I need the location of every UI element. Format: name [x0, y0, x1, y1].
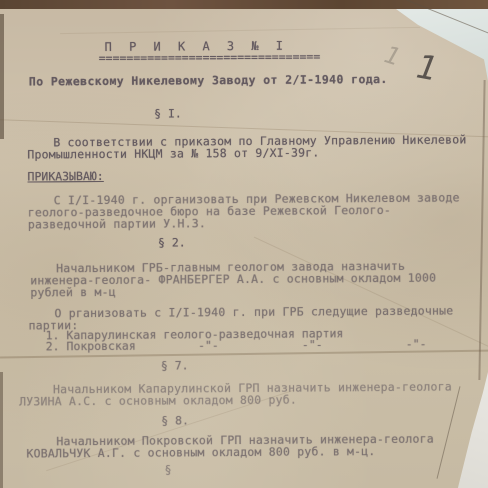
- section-8-body: Начальником Покровской ГРП назначить инж…: [26, 432, 471, 459]
- section-9-heading: §: [165, 464, 172, 476]
- section-2-heading: § 2.: [158, 236, 186, 248]
- title-underline: ================================: [99, 50, 321, 64]
- prikaz-label: ПРИКАЗЫВАЮ:: [27, 170, 103, 183]
- section-7-heading: § 7.: [161, 359, 189, 371]
- party-list-item-2: 2. Покровская -"- -"- -"-: [46, 338, 427, 353]
- scanned-order-document: 1 1 П Р И К А З № I ====================…: [0, 0, 488, 488]
- section-1-intro: В соответствии с приказом по Главному Уп…: [27, 133, 479, 160]
- typewritten-text-layer: П Р И К А З № I ========================…: [0, 0, 488, 488]
- section-7-body: Начальником Капарулинской ГРП назначить …: [19, 380, 474, 407]
- section-1-heading: § I.: [154, 107, 182, 119]
- section-2-body: Начальником ГРБ-главным геологом завода …: [30, 259, 475, 298]
- section-1-body: С I/I-1940 г. организовать при Режевском…: [28, 191, 468, 230]
- order-subject-line: По Режевскому Никелевому Заводу от 2/I-1…: [29, 73, 388, 88]
- section-8-heading: § 8.: [161, 414, 189, 426]
